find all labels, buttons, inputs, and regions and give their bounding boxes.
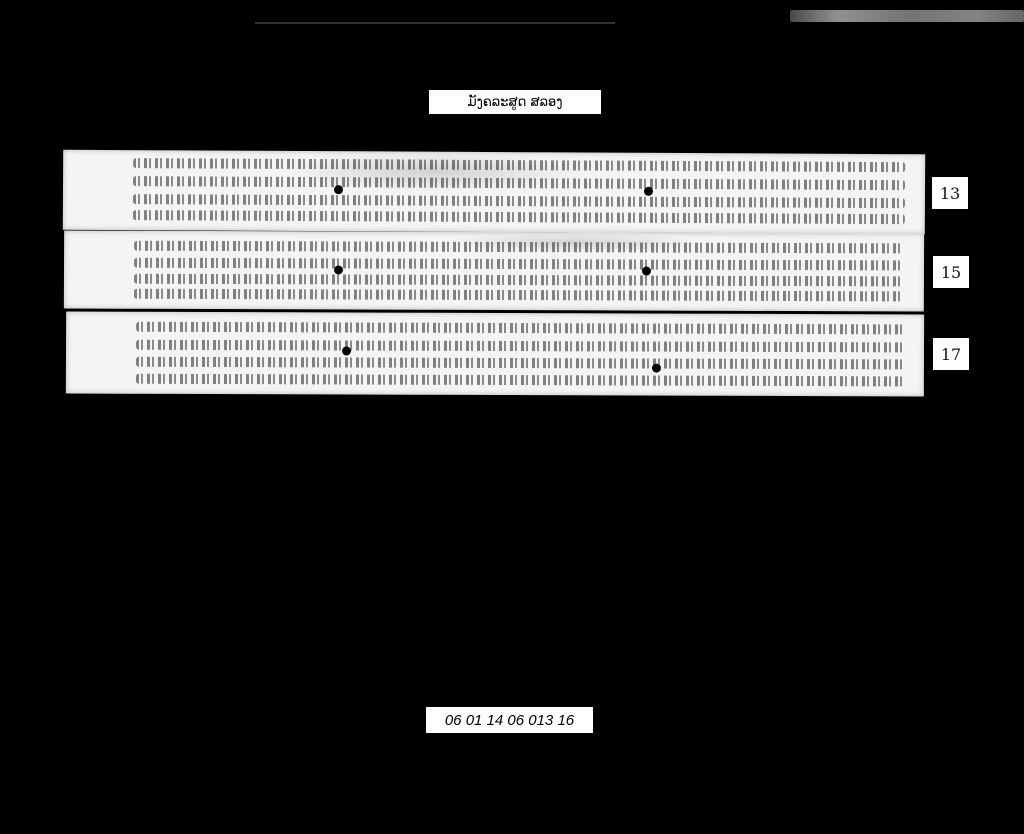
- binding-hole: [652, 364, 661, 373]
- scan-artifact-line: [255, 22, 615, 24]
- manuscript-text-line: [133, 158, 905, 172]
- palm-leaf-13: [63, 150, 925, 235]
- manuscript-text-line: [133, 176, 905, 190]
- manuscript-text-line: [136, 340, 904, 353]
- page-number-label: 13: [932, 177, 968, 209]
- manuscript-text-line: [136, 374, 904, 387]
- binding-hole: [334, 265, 343, 274]
- page-number-label: 17: [933, 338, 969, 370]
- manuscript-text-line: [134, 258, 904, 271]
- binding-hole: [644, 187, 653, 196]
- palm-leaf-15: [64, 230, 924, 311]
- manuscript-text-line: [136, 357, 904, 370]
- scan-artifact: [790, 10, 1024, 22]
- manuscript-text-line: [133, 210, 905, 224]
- binding-hole: [342, 346, 351, 355]
- manuscript-text-line: [136, 322, 904, 335]
- manuscript-text-line: [134, 274, 904, 287]
- manuscript-text-line: [133, 194, 905, 208]
- binding-hole: [642, 267, 651, 276]
- page-number-label: 15: [933, 256, 969, 288]
- binding-hole: [334, 185, 343, 194]
- palm-leaf-17: [66, 312, 924, 397]
- document-identifier-label: 06 01 14 06 013 16: [426, 707, 593, 733]
- manuscript-text-line: [134, 241, 904, 254]
- manuscript-text-line: [134, 289, 904, 302]
- manuscript-title-label: ມັງຄລະສູດ ສລອງ: [429, 90, 601, 114]
